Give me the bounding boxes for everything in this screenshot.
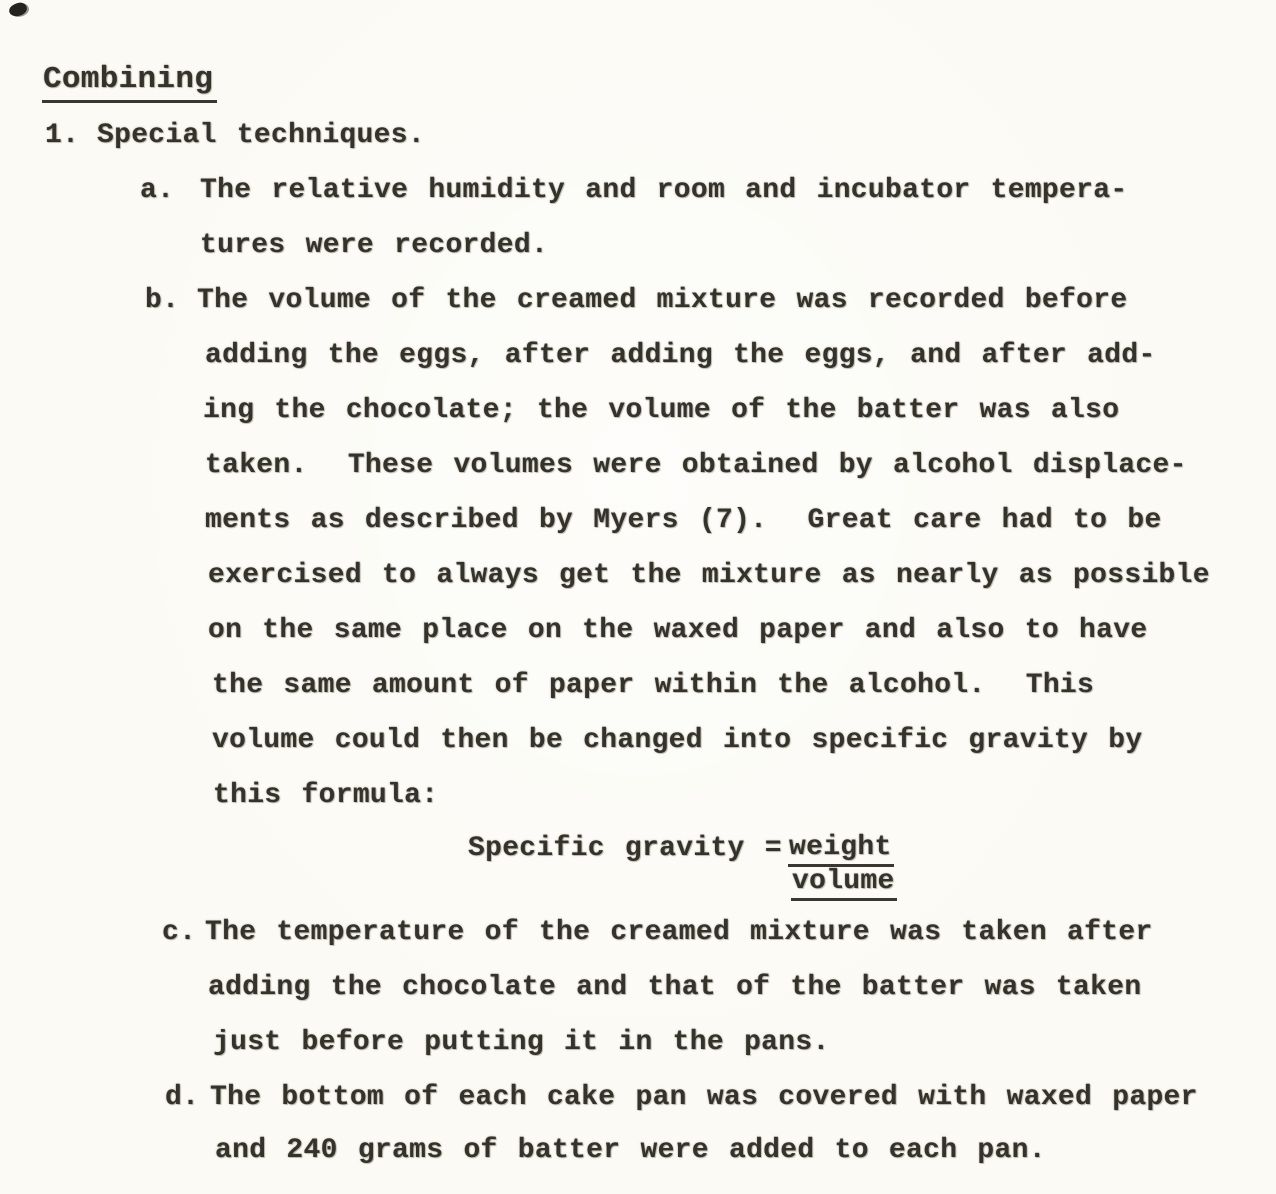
section-heading: Combining <box>42 64 217 103</box>
text-line: The volume of the creamed mixture was re… <box>197 287 1127 315</box>
text-line: ing the chocolate; the volume of the bat… <box>203 397 1119 425</box>
text-line: The relative humidity and room and incub… <box>200 177 1127 205</box>
formula-lhs: Specific gravity = <box>468 835 782 863</box>
text-line: The temperature of the creamed mixture w… <box>205 919 1153 947</box>
list-marker-c: c. <box>162 919 196 947</box>
list-marker-b: b. <box>145 287 179 315</box>
list-number: 1. <box>45 122 79 150</box>
formula-denominator: volume <box>791 868 897 901</box>
text-line: exercised to always get the mixture as n… <box>208 562 1210 590</box>
list-title: Special techniques. <box>97 122 425 150</box>
document-page: Combining 1. Special techniques. a. The … <box>0 0 1276 1194</box>
text-line: on the same place on the waxed paper and… <box>208 617 1147 645</box>
list-marker-a: a. <box>140 177 174 205</box>
list-marker-d: d. <box>165 1084 199 1112</box>
text-line: volume could then be changed into specif… <box>212 727 1142 755</box>
text-line: the same amount of paper within the alco… <box>212 672 1094 700</box>
text-line: ments as described by Myers (7). Great c… <box>205 507 1162 535</box>
text-line: adding the chocolate and that of the bat… <box>208 974 1141 1002</box>
text-line: this formula: <box>213 782 438 810</box>
ink-blot-mark <box>8 2 28 18</box>
text-line: tures were recorded. <box>200 232 548 260</box>
text-line: The bottom of each cake pan was covered … <box>210 1084 1198 1112</box>
formula-numerator: weight <box>788 834 894 867</box>
text-line: and 240 grams of batter were added to ea… <box>215 1137 1046 1165</box>
text-line: taken. These volumes were obtained by al… <box>205 452 1187 480</box>
text-line: just before putting it in the pans. <box>213 1029 830 1057</box>
text-line: adding the eggs, after adding the eggs, … <box>205 342 1156 370</box>
